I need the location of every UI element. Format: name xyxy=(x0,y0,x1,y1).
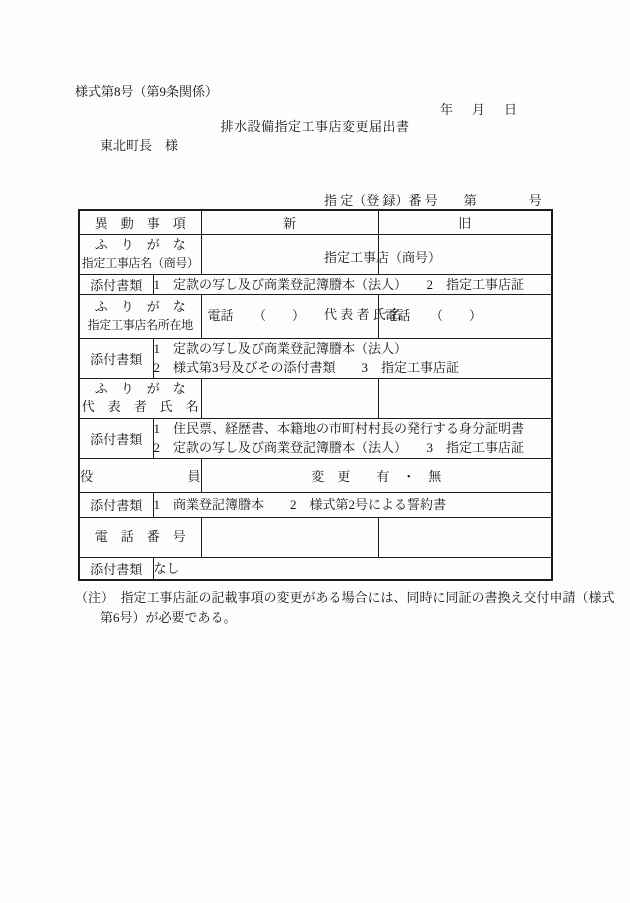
label-officers: 役 員 xyxy=(79,458,201,492)
change-items-table: 異 動 事 項 新 旧 ふ り が な 指定工事店名（商号） 添付書類 1 定款… xyxy=(78,209,553,581)
row-officers: 役 員 変 更 有 ・ 無 xyxy=(79,458,552,492)
attachment-content: 1 定款の写し及び商業登記簿謄本（法人） 2 指定工事店証 xyxy=(153,274,552,294)
cell-shop-address-old: 電話 （ ） xyxy=(378,294,552,338)
attachment-content: 1 商業登記簿謄本 2 様式第2号による誓約書 xyxy=(153,492,552,517)
label-shop-name: ふ り が な 指定工事店名（商号） xyxy=(79,234,201,274)
cell-shop-address-new: 電話 （ ） xyxy=(201,294,378,338)
header-old: 旧 xyxy=(378,210,552,234)
footnote: （注） 指定工事店証の記載事項の変更がある場合には、同時に同証の書換え交付申請（… xyxy=(75,588,575,628)
attachment-content: なし xyxy=(153,557,552,580)
row-shop-name-attachments: 添付書類 1 定款の写し及び商業登記簿謄本（法人） 2 指定工事店証 xyxy=(79,274,552,294)
cell-representative-new xyxy=(201,378,378,418)
phone-placeholder-old: 電話 （ ） xyxy=(379,305,552,327)
header-change-item: 異 動 事 項 xyxy=(79,210,201,234)
row-representative-attachments: 添付書類 1 住民票、経歴書、本籍地の市町村村長の発行する身分証明書 2 定款の… xyxy=(79,418,552,458)
cell-phone-number-old xyxy=(378,517,552,557)
row-shop-address-attachments: 添付書類 1 定款の写し及び商業登記簿謄本（法人） 2 様式第3号及びその添付書… xyxy=(79,338,552,378)
row-phone-number-attachments: 添付書類 なし xyxy=(79,557,552,580)
attachment-label: 添付書類 xyxy=(79,557,153,580)
row-shop-address: ふ り が な 指定工事店名所在地 電話 （ ） 電話 （ ） xyxy=(79,294,552,338)
officers-label-right: 員 xyxy=(188,466,201,485)
cell-representative-old xyxy=(378,378,552,418)
attachment-label: 添付書類 xyxy=(79,418,153,458)
attachment-content: 1 住民票、経歴書、本籍地の市町村村長の発行する身分証明書 2 定款の写し及び商… xyxy=(153,418,552,458)
cell-officers-change: 変 更 有 ・ 無 xyxy=(201,458,552,492)
document-page: 様式第8号（第9条関係） 年 月 日 排水設備指定工事店変更届出書 東北町長 様… xyxy=(0,0,630,903)
cell-phone-number-new xyxy=(201,517,378,557)
phone-placeholder-new: 電話 （ ） xyxy=(202,305,378,327)
attachment-label: 添付書類 xyxy=(79,338,153,378)
representative-label: 代 表 者 氏 名 xyxy=(80,398,201,416)
page-title: 排水設備指定工事店変更届出書 xyxy=(0,116,630,135)
form-number: 様式第8号（第9条関係） xyxy=(75,81,218,100)
footnote-line-1: （注） 指定工事店証の記載事項の変更がある場合には、同時に同証の書換え交付申請（… xyxy=(75,588,575,608)
row-representative: ふ り が な 代 表 者 氏 名 xyxy=(79,378,552,418)
attachment-label: 添付書類 xyxy=(79,492,153,517)
label-shop-address: ふ り が な 指定工事店名所在地 xyxy=(79,294,201,338)
footnote-line-2: 第6号）が必要である。 xyxy=(100,608,575,628)
furigana-label: ふ り が な xyxy=(80,236,201,254)
attachment-content: 1 定款の写し及び商業登記簿謄本（法人） 2 様式第3号及びその添付書類 3 指… xyxy=(153,338,552,378)
label-representative: ふ り が な 代 表 者 氏 名 xyxy=(79,378,201,418)
shop-address-label: 指定工事店名所在地 xyxy=(80,316,201,334)
attachment-label: 添付書類 xyxy=(79,274,153,294)
header-new: 新 xyxy=(201,210,378,234)
shop-name-label: 指定工事店名（商号） xyxy=(80,254,201,272)
label-phone-number: 電 話 番 号 xyxy=(79,517,201,557)
cell-shop-name-old xyxy=(378,234,552,274)
designation-number-line: 指 定（登 録）番 号 第 号 xyxy=(324,191,542,210)
furigana-label: ふ り が な xyxy=(80,380,201,398)
addressee-line: 東北町長 様 xyxy=(100,135,178,154)
furigana-label: ふ り が な xyxy=(80,298,201,316)
row-shop-name: ふ り が な 指定工事店名（商号） xyxy=(79,234,552,274)
row-phone-number: 電 話 番 号 xyxy=(79,517,552,557)
cell-shop-name-new xyxy=(201,234,378,274)
officers-label-left: 役 xyxy=(80,466,93,485)
row-officers-attachments: 添付書類 1 商業登記簿謄本 2 様式第2号による誓約書 xyxy=(79,492,552,517)
table-header-row: 異 動 事 項 新 旧 xyxy=(79,210,552,234)
